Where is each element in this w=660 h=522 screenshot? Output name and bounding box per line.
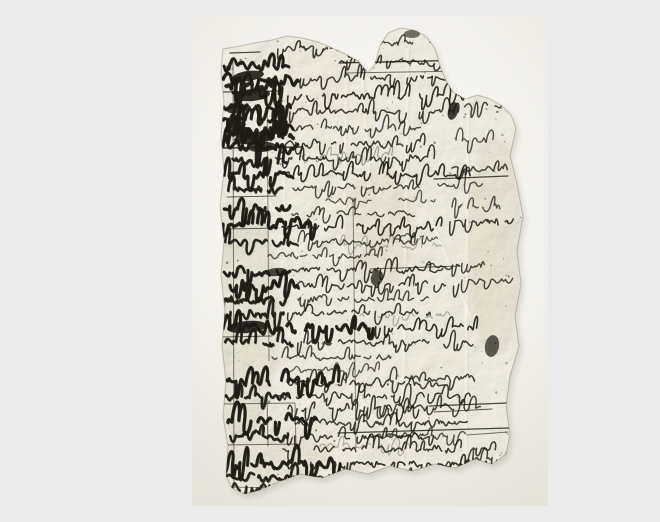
photo-grain-texture xyxy=(192,16,548,506)
artwork-photo-frame xyxy=(40,16,660,506)
paper-fragment-illustration xyxy=(40,16,660,506)
